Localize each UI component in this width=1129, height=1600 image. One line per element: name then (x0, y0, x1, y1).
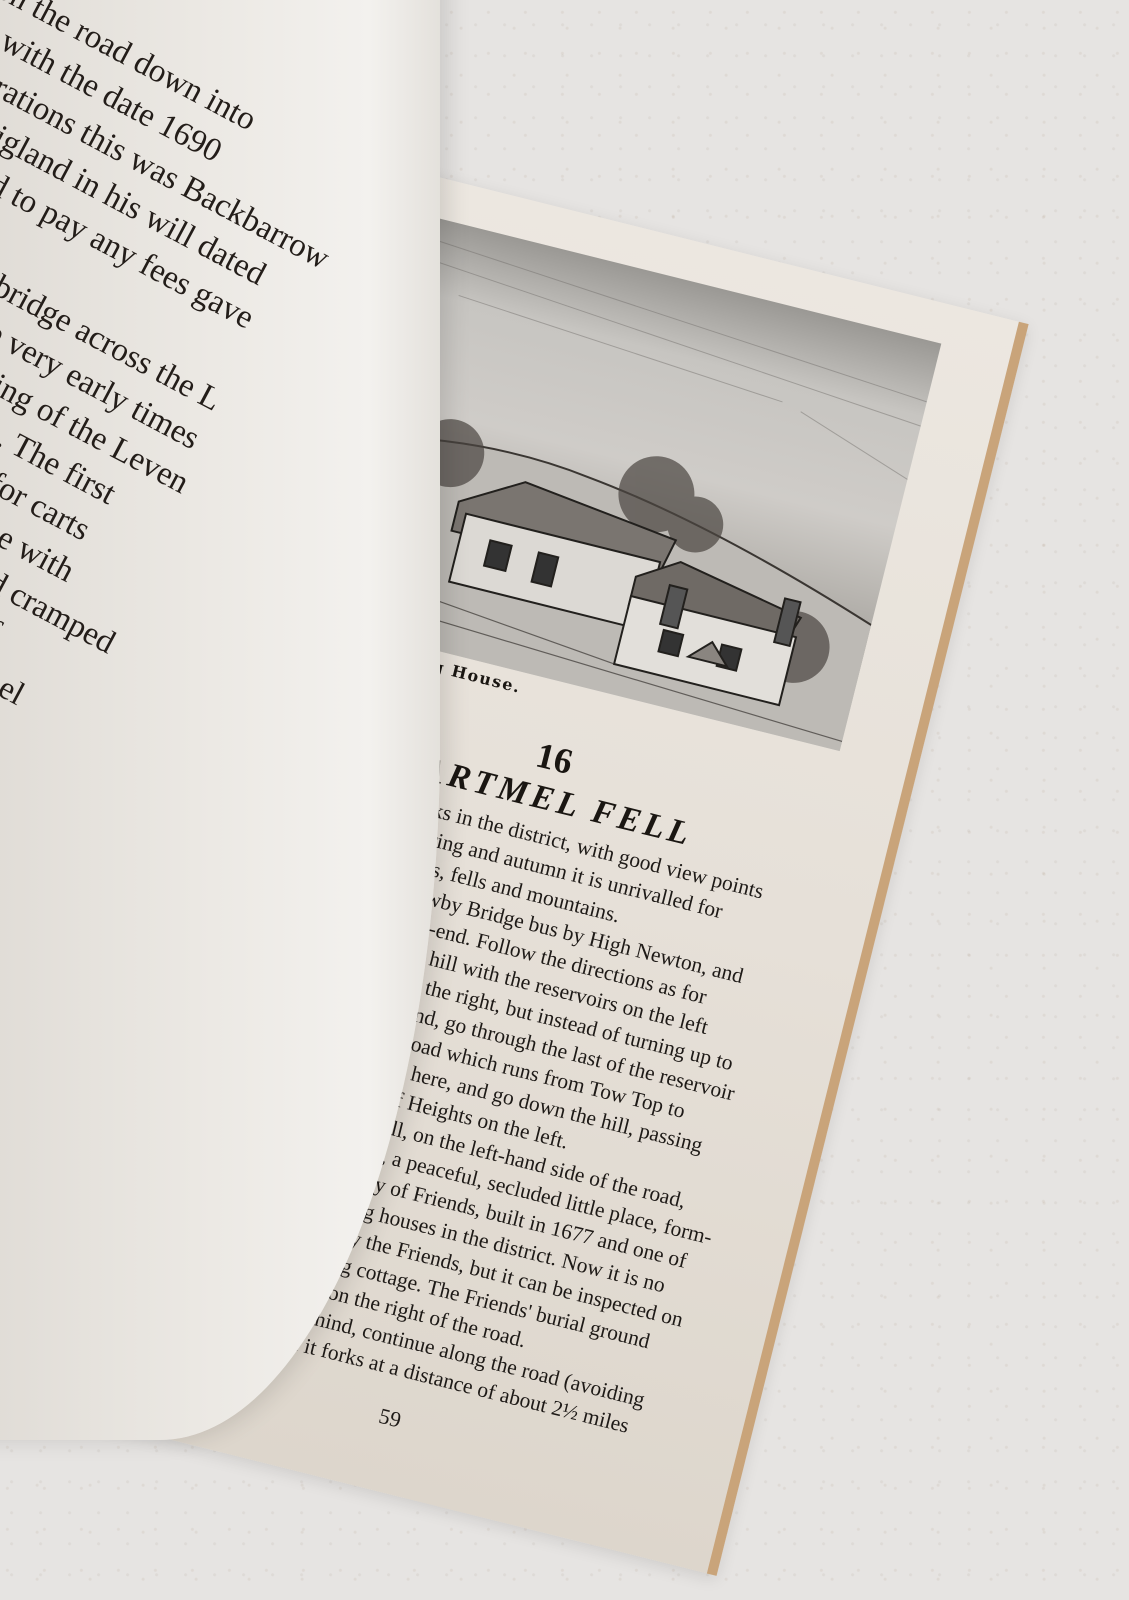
left-page-text: THE CARTMEL …dge (on the road down into … (0, 0, 440, 1255)
